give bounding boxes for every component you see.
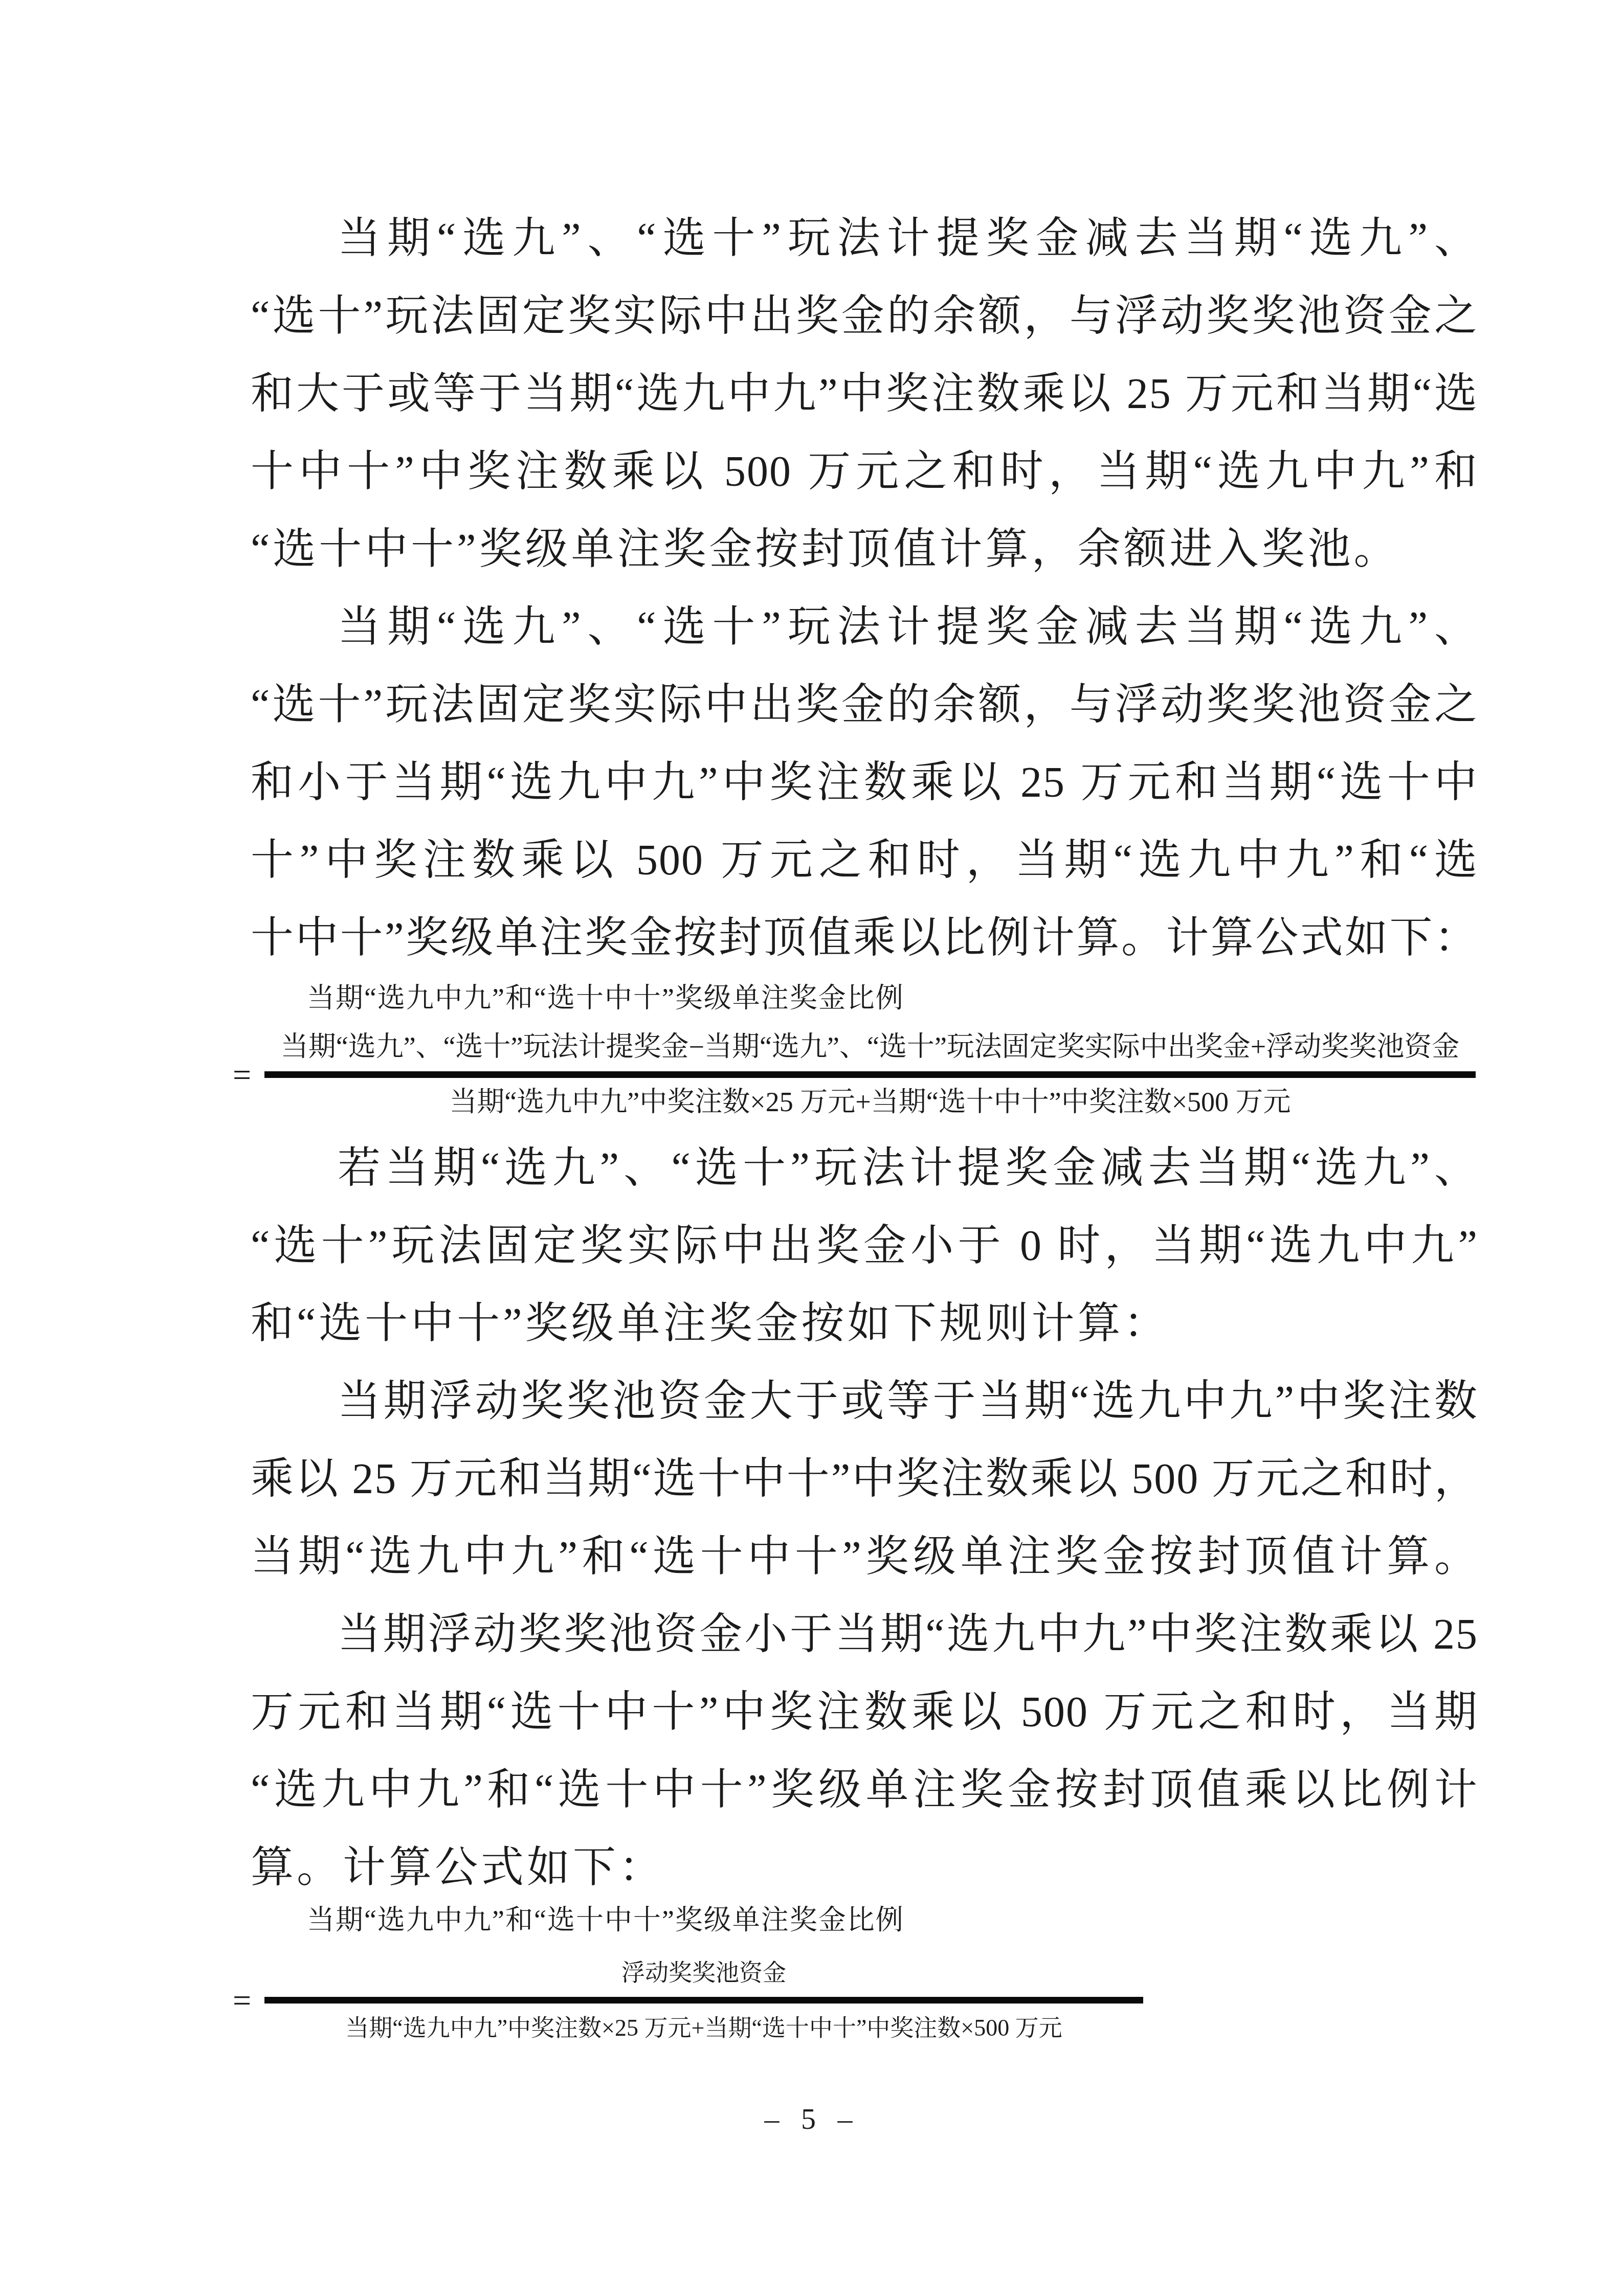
fraction-numerator: 当期“选九”、“选十”玩法计提奖金−当期“选九”、“选十”玩法固定奖实际中出奖金… — [264, 1023, 1476, 1071]
text-line: 十”中奖注数乘以 500 万元之和时，当期“选九中九”和“选 — [251, 822, 1478, 899]
text-line: 十中十”中奖注数乘以 500 万元之和时，当期“选九中九”和 — [251, 433, 1478, 511]
fraction-denominator: 当期“选九中九”中奖注数×25 万元+当期“选十中十”中奖注数×500 万元 — [264, 2004, 1143, 2052]
text-line: “选十”玩法固定奖实际中出奖金小于 0 时，当期“选九中九” — [251, 1207, 1478, 1285]
formula: = 浮动奖奖池资金 当期“选九中九”中奖注数×25 万元+当期“选十中十”中奖注… — [233, 1948, 1143, 2052]
text-line: 乘以 25 万元和当期“选十中十”中奖注数乘以 500 万元之和时， — [251, 1440, 1478, 1518]
text-line: 和“选十中十”奖级单注奖金按如下规则计算： — [251, 1285, 1478, 1363]
text-line: 当期浮动奖奖池资金小于当期“选九中九”中奖注数乘以 25 — [251, 1596, 1478, 1674]
formula-label: 当期“选九中九”和“选十中十”奖级单注奖金比例 — [307, 1900, 904, 1941]
fraction-bar — [264, 1997, 1143, 2004]
text-line: 若当期“选九”、“选十”玩法计提奖金减去当期“选九”、 — [251, 1130, 1478, 1207]
text-line: 万元和当期“选十中十”中奖注数乘以 500 万元之和时，当期 — [251, 1674, 1478, 1751]
formula: = 当期“选九”、“选十”玩法计提奖金−当期“选九”、“选十”玩法固定奖实际中出… — [233, 1023, 1476, 1127]
text-line: 和小于当期“选九中九”中奖注数乘以 25 万元和当期“选十中 — [251, 744, 1478, 822]
paragraph: 若当期“选九”、“选十”玩法计提奖金减去当期“选九”、 “选十”玩法固定奖实际中… — [251, 1130, 1478, 1363]
text-line: 和大于或等于当期“选九中九”中奖注数乘以 25 万元和当期“选 — [251, 355, 1478, 433]
text-line: “选十”玩法固定奖实际中出奖金的余额，与浮动奖奖池资金之 — [251, 278, 1478, 355]
text-line: 当期“选九”、“选十”玩法计提奖金减去当期“选九”、 — [251, 200, 1478, 278]
equals-sign: = — [233, 1982, 264, 2019]
paragraph: 当期浮动奖奖池资金大于或等于当期“选九中九”中奖注数 乘以 25 万元和当期“选… — [251, 1363, 1478, 1596]
text-line: 当期浮动奖奖池资金大于或等于当期“选九中九”中奖注数 — [251, 1363, 1478, 1440]
text-line: 十中十”奖级单注奖金按封顶值乘以比例计算。计算公式如下： — [251, 899, 1478, 977]
paragraph: 当期浮动奖奖池资金小于当期“选九中九”中奖注数乘以 25 万元和当期“选十中十”… — [251, 1596, 1478, 1907]
text-line: 算。计算公式如下： — [251, 1829, 1478, 1907]
text-line: 当期“选九”、“选十”玩法计提奖金减去当期“选九”、 — [251, 589, 1478, 666]
paragraph: 当期“选九”、“选十”玩法计提奖金减去当期“选九”、 “选十”玩法固定奖实际中出… — [251, 200, 1478, 589]
paragraph: 当期“选九”、“选十”玩法计提奖金减去当期“选九”、 “选十”玩法固定奖实际中出… — [251, 589, 1478, 977]
fraction-numerator: 浮动奖奖池资金 — [264, 1948, 1143, 1997]
text-line: “选十中十”奖级单注奖金按封顶值计算，余额进入奖池。 — [251, 511, 1478, 589]
fraction-denominator: 当期“选九中九”中奖注数×25 万元+当期“选十中十”中奖注数×500 万元 — [264, 1078, 1476, 1127]
fraction: 浮动奖奖池资金 当期“选九中九”中奖注数×25 万元+当期“选十中十”中奖注数×… — [264, 1948, 1143, 2052]
text-line: “选十”玩法固定奖实际中出奖金的余额，与浮动奖奖池资金之 — [251, 666, 1478, 744]
text-line: 当期“选九中九”和“选十中十”奖级单注奖金按封顶值计算。 — [251, 1518, 1478, 1596]
page-number: – 5 – — [0, 2102, 1624, 2136]
fraction-bar — [264, 1071, 1476, 1078]
equals-sign: = — [233, 1056, 264, 1094]
fraction: 当期“选九”、“选十”玩法计提奖金−当期“选九”、“选十”玩法固定奖实际中出奖金… — [264, 1023, 1476, 1127]
document-page: 当期“选九”、“选十”玩法计提奖金减去当期“选九”、 “选十”玩法固定奖实际中出… — [0, 0, 1624, 2296]
formula-label: 当期“选九中九”和“选十中十”奖级单注奖金比例 — [307, 978, 904, 1019]
text-line: “选九中九”和“选十中十”奖级单注奖金按封顶值乘以比例计 — [251, 1751, 1478, 1829]
